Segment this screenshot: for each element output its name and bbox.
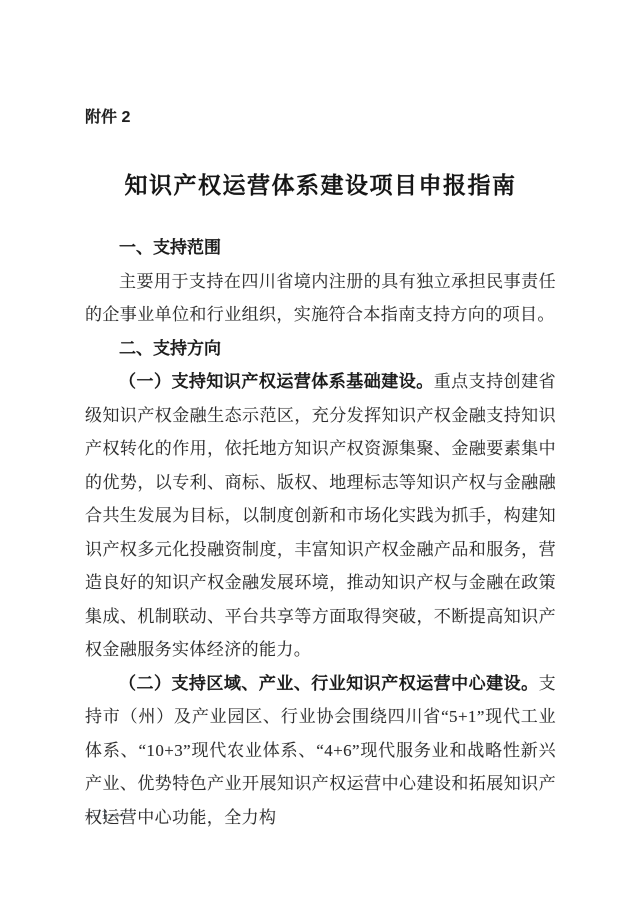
attachment-label: 附件 2 [85,108,556,128]
document-page: 附件 2 知识产权运营体系建设项目申报指南 一、支持范围 主要用于支持在四川省境… [0,0,636,900]
paragraph-text: 支持市（州）及产业园区、行业协会围绕四川省“5+1”现代工业体系、“10+3”现… [85,674,556,827]
section-heading-support-scope: 一、支持范围 [85,231,556,265]
paragraph-text: 主要用于支持在四川省境内注册的具有独立承担民事责任的企事业单位和行业组织，实施符… [85,272,556,325]
paragraph-lead: （一）支持知识产权运营体系基础建设。 [119,372,434,391]
paragraph-direction-item-2: （二）支持区域、产业、行业知识产权运营中心建设。支持市（州）及产业园区、行业协会… [85,667,556,835]
document-title: 知识产权运营体系建设项目申报指南 [85,170,556,200]
paragraph-support-scope: 主要用于支持在四川省境内注册的具有独立承担民事责任的企事业单位和行业组织，实施符… [85,265,556,332]
page-number: —1— [85,808,126,824]
paragraph-direction-item-1: （一）支持知识产权运营体系基础建设。重点支持创建省级知识产权金融生态示范区，充分… [85,365,556,667]
paragraph-lead: （二）支持区域、产业、行业知识产权运营中心建设。 [119,674,539,693]
paragraph-text: 重点支持创建省级知识产权金融生态示范区，充分发挥知识产权金融支持知识产权转化的作… [85,372,556,659]
section-heading-support-direction: 二、支持方向 [85,332,556,366]
